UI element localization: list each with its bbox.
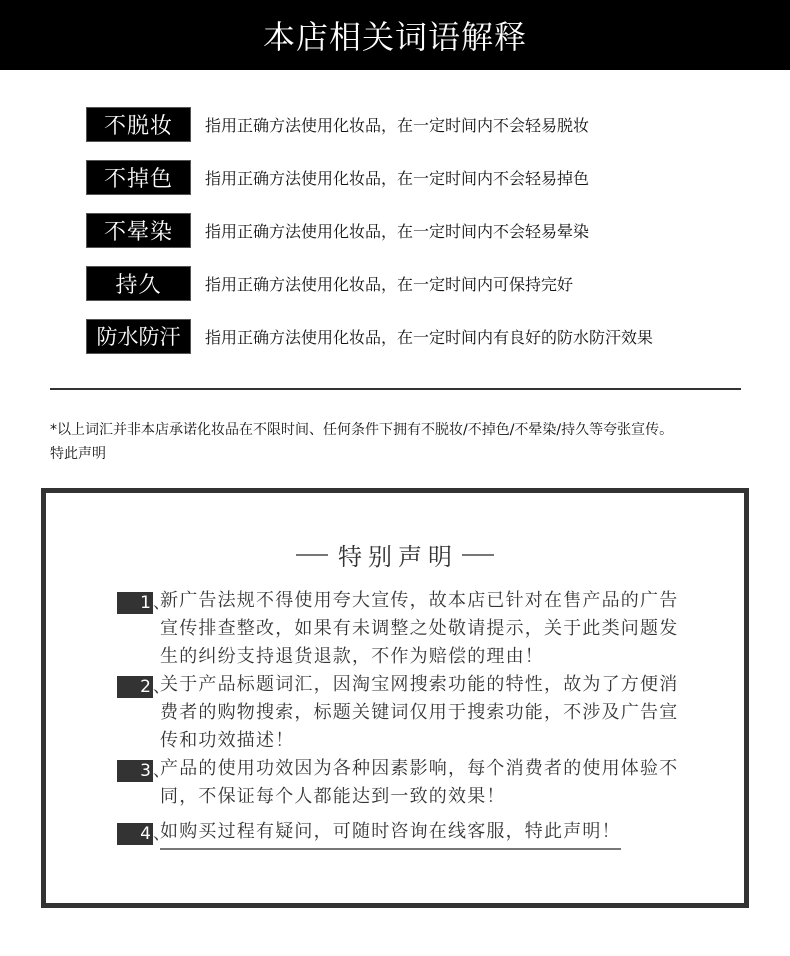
notice-item: 2 、 关于产品标题词汇，因淘宝网搜索功能的特性，故为了方便消费者的购物搜索，标… <box>117 671 680 755</box>
dash-decoration <box>296 554 328 556</box>
number-badge: 1 <box>117 592 153 614</box>
notice-text: 新广告法规不得使用夸大宣传，故本店已针对在售产品的广告宣传排查整改，如果有未调整… <box>160 587 680 671</box>
term-description: 指用正确方法使用化妆品，在一定时间内不会轻易晕染 <box>205 219 589 242</box>
term-description: 指用正确方法使用化妆品，在一定时间内不会轻易脱妆 <box>205 113 589 136</box>
term-description: 指用正确方法使用化妆品，在一定时间内可保持完好 <box>205 272 573 295</box>
number-separator: 、 <box>153 676 157 698</box>
notice-item: 1 、 新广告法规不得使用夸大宣传，故本店已针对在售产品的广告宣传排查整改，如果… <box>117 587 680 671</box>
number-separator: 、 <box>153 823 157 845</box>
number-badge: 2 <box>117 676 153 698</box>
term-row: 不晕染 指用正确方法使用化妆品，在一定时间内不会轻易晕染 <box>86 212 589 248</box>
term-row: 防水防汗 指用正确方法使用化妆品，在一定时间内有良好的防水防汗效果 <box>86 318 653 354</box>
term-badge: 持久 <box>86 266 191 301</box>
number-badge: 3 <box>117 760 153 782</box>
page-title: 本店相关词语解释 <box>263 12 527 58</box>
notice-text: 如购买过程有疑问，可随时咨询在线客服，特此声明！ <box>160 818 621 850</box>
term-row: 不掉色 指用正确方法使用化妆品，在一定时间内不会轻易掉色 <box>86 159 589 195</box>
term-badge: 不晕染 <box>86 213 191 248</box>
term-row: 持久 指用正确方法使用化妆品，在一定时间内可保持完好 <box>86 265 573 301</box>
notice-text: 产品的使用功效因为各种因素影响，每个消费者的使用体验不同，不保证每个人都能达到一… <box>160 755 680 811</box>
notice-heading: 特别声明 <box>46 537 744 572</box>
number-separator: 、 <box>153 592 157 614</box>
notice-title: 特别声明 <box>338 537 458 572</box>
special-notice-box: 特别声明 1 、 新广告法规不得使用夸大宣传，故本店已针对在售产品的广告宣传排查… <box>41 488 749 908</box>
term-badge: 防水防汗 <box>86 319 191 354</box>
term-badge: 不脱妆 <box>86 107 191 142</box>
notice-item: 3 、 产品的使用功效因为各种因素影响，每个消费者的使用体验不同，不保证每个人都… <box>117 755 680 811</box>
notice-text: 关于产品标题词汇，因淘宝网搜索功能的特性，故为了方便消费者的购物搜索，标题关键词… <box>160 671 680 755</box>
term-row: 不脱妆 指用正确方法使用化妆品，在一定时间内不会轻易脱妆 <box>86 106 589 142</box>
page-header: 本店相关词语解释 <box>0 0 790 70</box>
term-description: 指用正确方法使用化妆品，在一定时间内不会轻易掉色 <box>205 166 589 189</box>
term-description: 指用正确方法使用化妆品，在一定时间内有良好的防水防汗效果 <box>205 325 653 348</box>
footnote-line: *以上词汇并非本店承诺化妆品在不限时间、任何条件下拥有不脱妆/不掉色/不晕染/持… <box>50 418 770 442</box>
notice-item: 4 、 如购买过程有疑问，可随时咨询在线客服，特此声明！ <box>117 818 621 850</box>
number-badge: 4 <box>117 823 153 845</box>
section-divider <box>50 388 741 390</box>
term-badge: 不掉色 <box>86 160 191 195</box>
dash-decoration <box>462 554 494 556</box>
number-separator: 、 <box>153 760 157 782</box>
footnote-line: 特此声明 <box>50 442 770 466</box>
footnote: *以上词汇并非本店承诺化妆品在不限时间、任何条件下拥有不脱妆/不掉色/不晕染/持… <box>50 418 770 466</box>
